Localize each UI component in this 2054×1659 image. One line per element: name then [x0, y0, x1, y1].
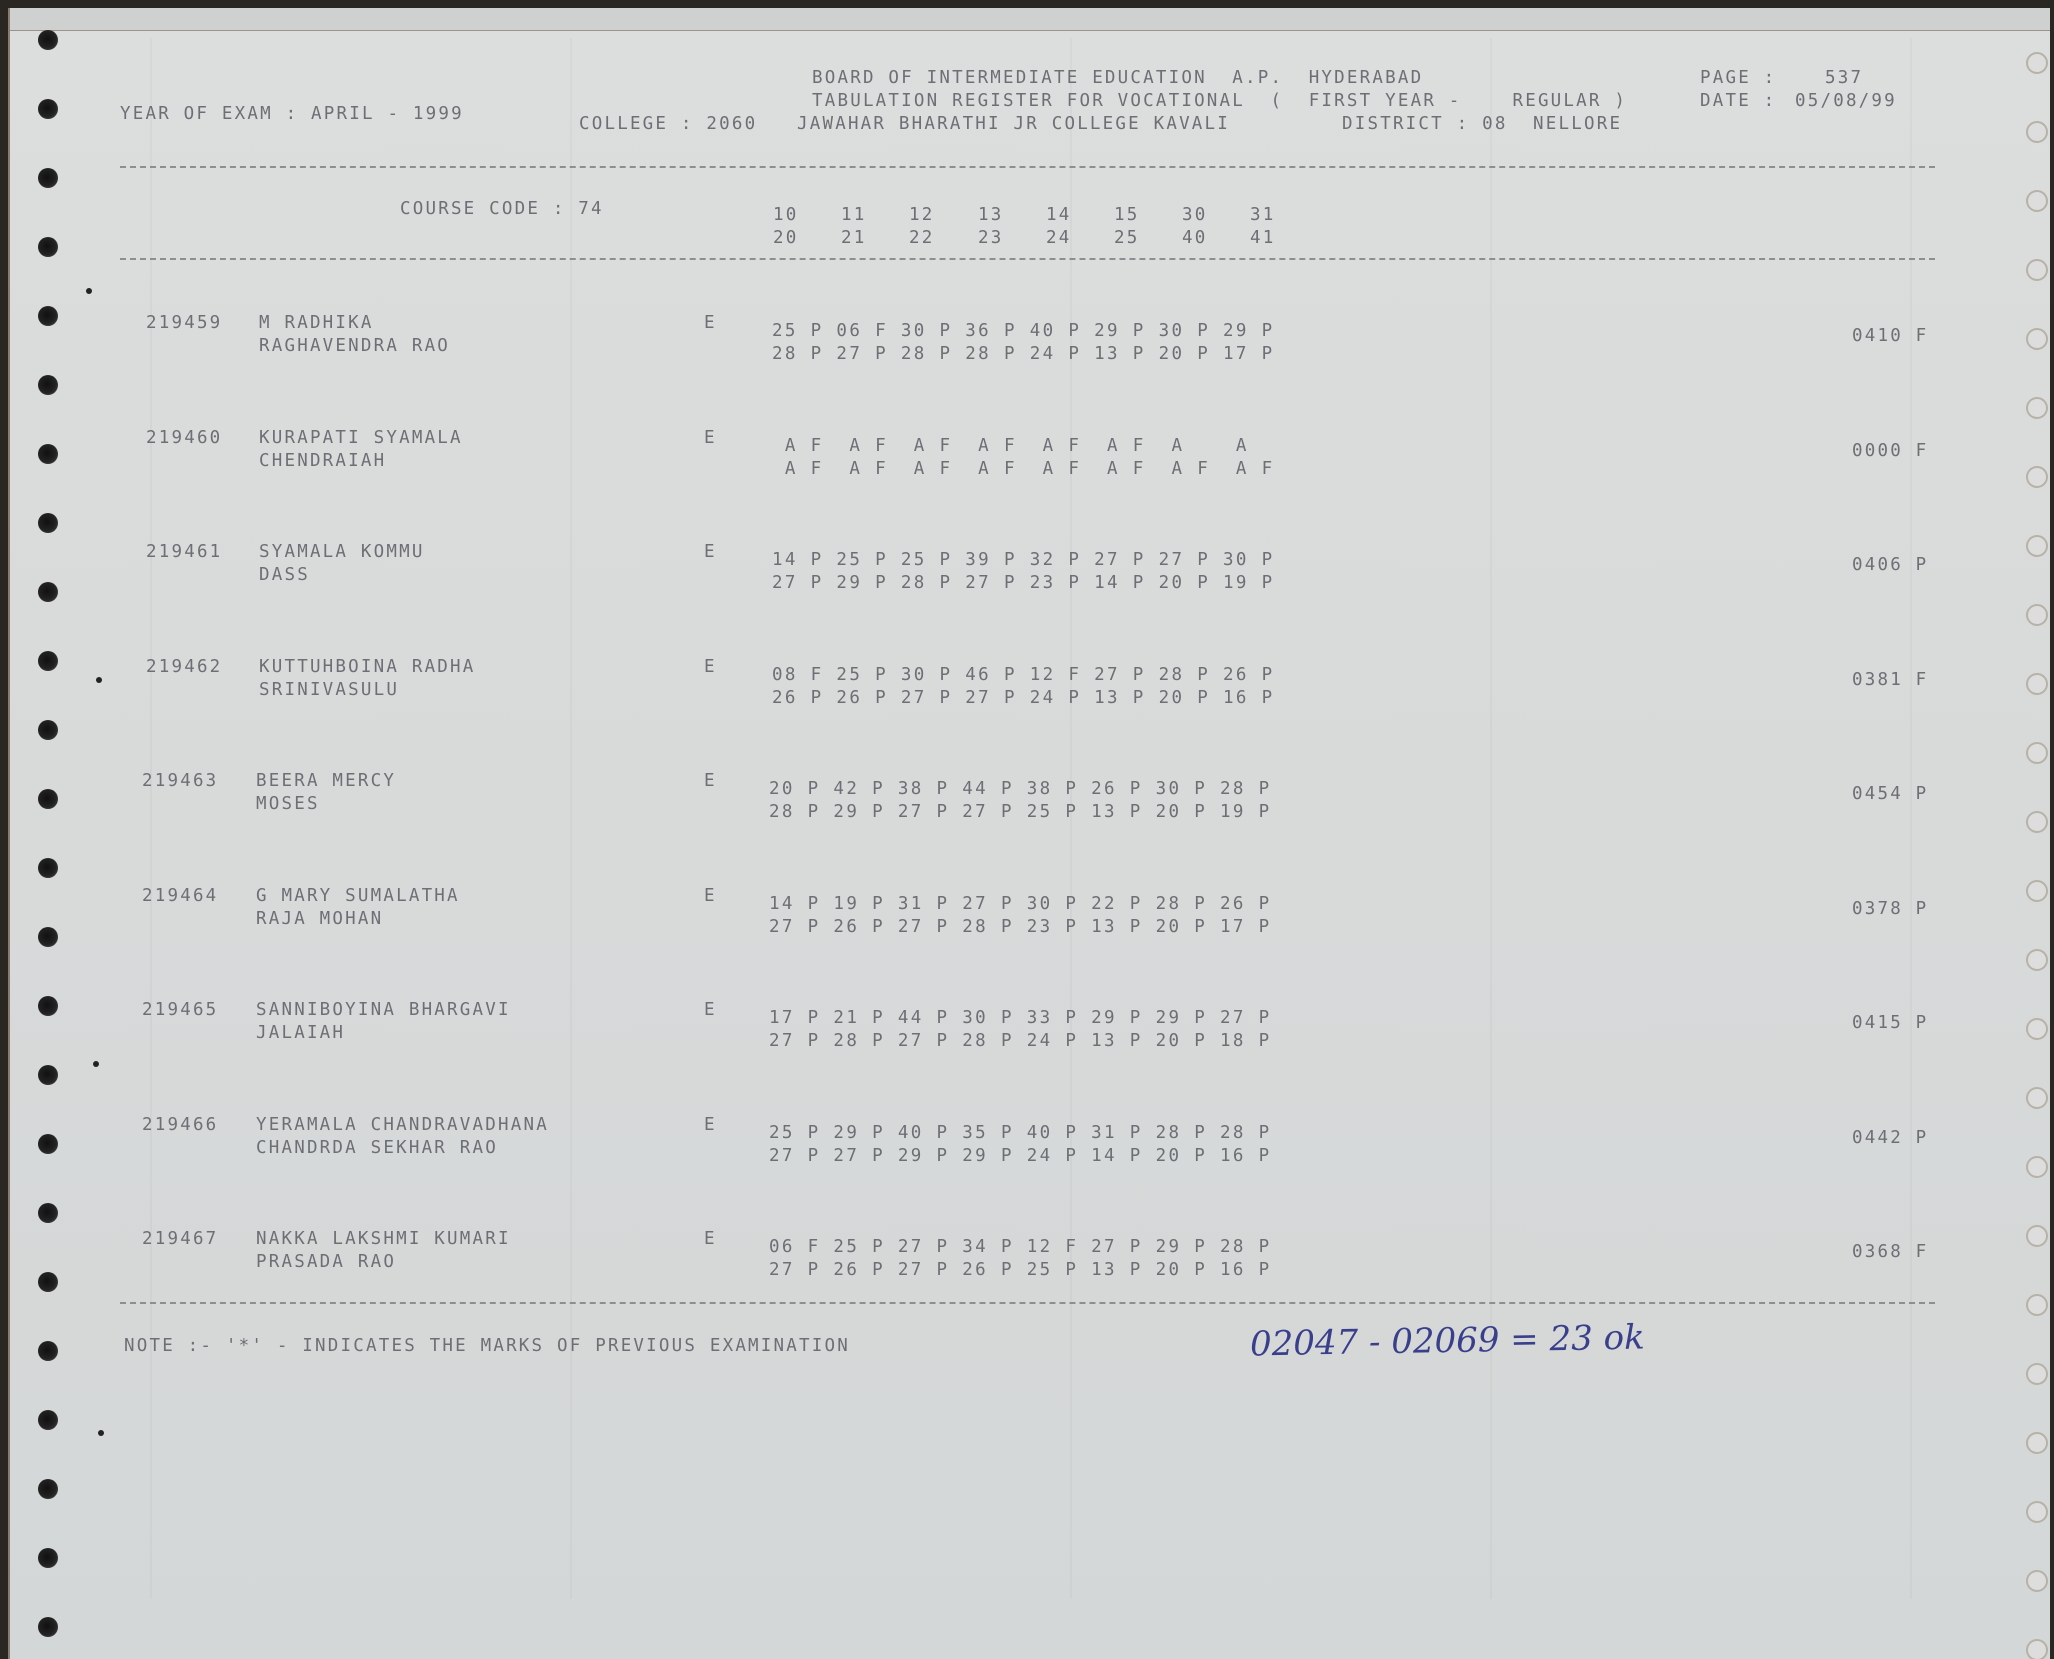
faint-rule: [1490, 38, 1492, 1599]
feed-hole-icon: [38, 30, 58, 50]
feed-hole-icon: [2026, 1432, 2048, 1454]
register-title: TABULATION REGISTER FOR VOCATIONAL ( FIR…: [812, 93, 1627, 111]
feed-hole-icon: [38, 1410, 58, 1430]
father-name: SRINIVASULU: [259, 682, 399, 700]
footer-note: NOTE :- '*' - INDICATES THE MARKS OF PRE…: [124, 1338, 850, 1356]
medium: E: [704, 1231, 717, 1249]
feed-hole-icon: [2026, 190, 2048, 212]
marks-row-2: A F A F A F A F A F A F A F A F: [772, 461, 1275, 479]
marks-row-1: 14 P 25 P 25 P 39 P 32 P 27 P 27 P 30 P: [772, 552, 1275, 570]
stray-mark-dot: [96, 677, 102, 683]
feed-hole-icon: [38, 582, 58, 602]
medium: E: [704, 888, 717, 906]
roll-number: 219463: [142, 773, 218, 791]
page-label: PAGE :: [1700, 70, 1776, 88]
feed-hole-icon: [38, 375, 58, 395]
feed-hole-icon: [2026, 328, 2048, 350]
feed-hole-icon: [38, 513, 58, 533]
feed-hole-icon: [38, 858, 58, 878]
father-name: JALAIAH: [256, 1025, 345, 1043]
feed-hole-icon: [2026, 1294, 2048, 1316]
medium: E: [704, 544, 717, 562]
faint-rule: [570, 38, 572, 1599]
subject-code: 15: [1114, 207, 1139, 225]
feed-hole-icon: [38, 927, 58, 947]
subject-code: 22: [909, 230, 934, 248]
feed-hole-icon: [38, 789, 58, 809]
subject-code: 40: [1182, 230, 1207, 248]
feed-hole-icon: [2026, 397, 2048, 419]
roll-number: 219465: [142, 1002, 218, 1020]
medium: E: [704, 315, 717, 333]
feed-hole-icon: [38, 306, 58, 326]
father-name: CHANDRDA SEKHAR RAO: [256, 1140, 498, 1158]
subject-code: 30: [1182, 207, 1207, 225]
subject-code: 11: [841, 207, 866, 225]
student-name: BEERA MERCY: [256, 773, 396, 791]
feed-hole-icon: [38, 651, 58, 671]
student-name: NAKKA LAKSHMI KUMARI: [256, 1231, 511, 1249]
dashed-rule: [120, 166, 1935, 168]
feed-hole-icon: [2026, 1501, 2048, 1523]
feed-hole-icon: [38, 237, 58, 257]
faint-rule: [150, 38, 152, 1599]
total-result: 0381 F: [1852, 672, 1928, 690]
feed-hole-icon: [2026, 121, 2048, 143]
feed-hole-icon: [38, 444, 58, 464]
feed-hole-icon: [2026, 535, 2048, 557]
feed-hole-icon: [38, 1548, 58, 1568]
feed-hole-icon: [2026, 1570, 2048, 1592]
father-name: CHENDRAIAH: [259, 453, 386, 471]
total-result: 0442 P: [1852, 1130, 1928, 1148]
marks-row-2: 27 P 26 P 27 P 28 P 23 P 13 P 20 P 17 P: [769, 919, 1272, 937]
roll-number: 219459: [146, 315, 222, 333]
marks-row-1: A F A F A F A F A F A F A A: [772, 438, 1249, 456]
marks-row-1: 06 F 25 P 27 P 34 P 12 F 27 P 29 P 28 P: [769, 1239, 1272, 1257]
stray-mark-dot: [98, 1430, 104, 1436]
feed-hole-icon: [38, 1134, 58, 1154]
student-name: SYAMALA KOMMU: [259, 544, 425, 562]
marks-row-1: 25 P 06 F 30 P 36 P 40 P 29 P 30 P 29 P: [772, 323, 1275, 341]
subject-code: 41: [1250, 230, 1275, 248]
total-result: 0378 P: [1852, 901, 1928, 919]
district: DISTRICT : 08 NELLORE: [1342, 116, 1622, 134]
feed-hole-icon: [2026, 880, 2048, 902]
father-name: DASS: [259, 567, 310, 585]
marks-row-2: 27 P 29 P 28 P 27 P 23 P 14 P 20 P 19 P: [772, 575, 1275, 593]
feed-hole-icon: [2026, 259, 2048, 281]
student-name: M RADHIKA: [259, 315, 374, 333]
subject-code: 14: [1046, 207, 1071, 225]
handwritten-annotation: 02047 - 02069 = 23 ok: [1250, 1318, 1645, 1365]
feed-hole-icon: [2026, 742, 2048, 764]
roll-number: 219460: [146, 430, 222, 448]
roll-number: 219462: [146, 659, 222, 677]
feed-hole-icon: [2026, 673, 2048, 695]
tabulation-register-sheet: BOARD OF INTERMEDIATE EDUCATION A.P. HYD…: [8, 8, 2050, 1659]
feed-hole-icon: [38, 99, 58, 119]
roll-number: 219467: [142, 1231, 218, 1249]
feed-hole-icon: [38, 1272, 58, 1292]
subject-code: 13: [978, 207, 1003, 225]
feed-hole-icon: [2026, 1018, 2048, 1040]
subject-code: 23: [978, 230, 1003, 248]
feed-hole-icon: [38, 168, 58, 188]
student-name: YERAMALA CHANDRAVADHANA: [256, 1117, 549, 1135]
paper-top-edge: [10, 8, 2050, 31]
subject-code: 12: [909, 207, 934, 225]
total-result: 0368 F: [1852, 1244, 1928, 1262]
marks-row-1: 08 F 25 P 30 P 46 P 12 F 27 P 28 P 26 P: [772, 667, 1275, 685]
feed-hole-icon: [38, 1203, 58, 1223]
marks-row-1: 25 P 29 P 40 P 35 P 40 P 31 P 28 P 28 P: [769, 1125, 1272, 1143]
feed-hole-icon: [38, 1617, 58, 1637]
feed-hole-icon: [38, 720, 58, 740]
subject-code: 25: [1114, 230, 1139, 248]
feed-hole-icon: [2026, 1363, 2048, 1385]
subject-code: 31: [1250, 207, 1275, 225]
feed-hole-icon: [38, 1341, 58, 1361]
date-value: 05/08/99: [1795, 93, 1897, 111]
feed-hole-icon: [2026, 1225, 2048, 1247]
feed-hole-icon: [2026, 949, 2048, 971]
student-name: KURAPATI SYAMALA: [259, 430, 463, 448]
medium: E: [704, 430, 717, 448]
total-result: 0410 F: [1852, 328, 1928, 346]
marks-row-1: 20 P 42 P 38 P 44 P 38 P 26 P 30 P 28 P: [769, 781, 1272, 799]
medium: E: [704, 773, 717, 791]
medium: E: [704, 1002, 717, 1020]
total-result: 0000 F: [1852, 443, 1928, 461]
marks-row-2: 28 P 27 P 28 P 28 P 24 P 13 P 20 P 17 P: [772, 346, 1275, 364]
marks-row-2: 26 P 26 P 27 P 27 P 24 P 13 P 20 P 16 P: [772, 690, 1275, 708]
feed-hole-icon: [2026, 1639, 2048, 1659]
marks-row-2: 27 P 28 P 27 P 28 P 24 P 13 P 20 P 18 P: [769, 1033, 1272, 1051]
marks-row-2: 27 P 26 P 27 P 26 P 25 P 13 P 20 P 16 P: [769, 1262, 1272, 1280]
total-result: 0415 P: [1852, 1015, 1928, 1033]
total-result: 0454 P: [1852, 786, 1928, 804]
marks-row-2: 28 P 29 P 27 P 27 P 25 P 13 P 20 P 19 P: [769, 804, 1272, 822]
page-number: 537: [1825, 70, 1863, 88]
roll-number: 219464: [142, 888, 218, 906]
college-code: COLLEGE : 2060: [579, 116, 757, 134]
feed-hole-icon: [38, 1065, 58, 1085]
subject-code: 21: [841, 230, 866, 248]
marks-row-2: 27 P 27 P 29 P 29 P 24 P 14 P 20 P 16 P: [769, 1148, 1272, 1166]
total-result: 0406 P: [1852, 557, 1928, 575]
dashed-rule: [120, 258, 1935, 260]
board-title: BOARD OF INTERMEDIATE EDUCATION A.P. HYD…: [812, 70, 1423, 88]
feed-hole-icon: [2026, 52, 2048, 74]
feed-hole-icon: [2026, 466, 2048, 488]
roll-number: 219466: [142, 1117, 218, 1135]
marks-row-1: 14 P 19 P 31 P 27 P 30 P 22 P 28 P 26 P: [769, 896, 1272, 914]
faint-rule: [1910, 38, 1912, 1599]
student-name: SANNIBOYINA BHARGAVI: [256, 1002, 511, 1020]
father-name: MOSES: [256, 796, 320, 814]
medium: E: [704, 659, 717, 677]
subject-code: 24: [1046, 230, 1071, 248]
course-code-label: COURSE CODE : 74: [400, 201, 604, 219]
feed-hole-icon: [38, 996, 58, 1016]
stray-mark-dot: [93, 1061, 99, 1067]
student-name: G MARY SUMALATHA: [256, 888, 460, 906]
feed-hole-icon: [2026, 1156, 2048, 1178]
college-name: JAWAHAR BHARATHI JR COLLEGE KAVALI: [797, 116, 1230, 134]
feed-hole-icon: [2026, 1087, 2048, 1109]
roll-number: 219461: [146, 544, 222, 562]
marks-row-1: 17 P 21 P 44 P 30 P 33 P 29 P 29 P 27 P: [769, 1010, 1272, 1028]
stray-mark-dot: [86, 288, 92, 294]
subject-code: 20: [773, 230, 798, 248]
father-name: RAGHAVENDRA RAO: [259, 338, 450, 356]
subject-code: 10: [773, 207, 798, 225]
date-label: DATE :: [1700, 93, 1776, 111]
father-name: PRASADA RAO: [256, 1254, 396, 1272]
student-name: KUTTUHBOINA RADHA: [259, 659, 476, 677]
feed-hole-icon: [38, 1479, 58, 1499]
feed-hole-icon: [2026, 811, 2048, 833]
feed-hole-icon: [2026, 604, 2048, 626]
father-name: RAJA MOHAN: [256, 911, 383, 929]
year-of-exam: YEAR OF EXAM : APRIL - 1999: [120, 106, 464, 124]
dashed-rule: [120, 1302, 1935, 1304]
medium: E: [704, 1117, 717, 1135]
